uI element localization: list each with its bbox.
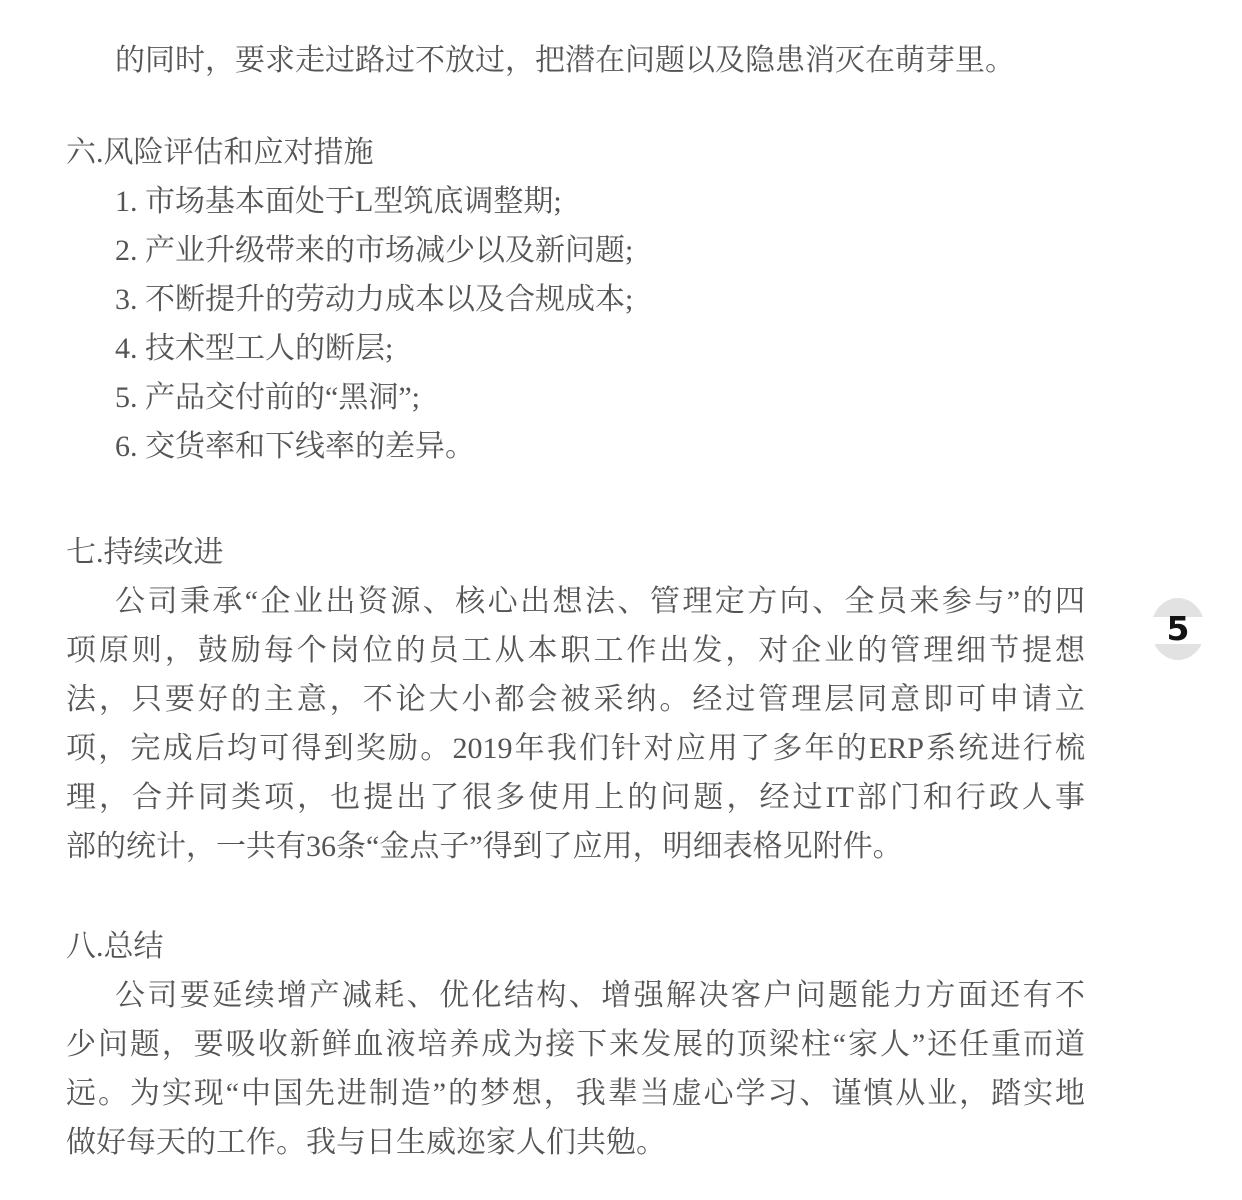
paragraph-line: 项原则，鼓励每个岗位的员工从本职工作出发，对企业的管理细节提想 [66, 626, 1085, 675]
section-heading-6: 六.风险评估和应对措施 [66, 128, 1085, 177]
list-item: 2. 产业升级带来的市场减少以及新问题; [66, 226, 1085, 275]
list-item: 6. 交货率和下线率的差异。 [66, 422, 1085, 471]
list-item: 4. 技术型工人的断层; [66, 324, 1085, 373]
document-page: 的同时，要求走过路过不放过，把潜在问题以及隐患消灭在萌芽里。 六.风险评估和应对… [0, 0, 1242, 1200]
section-7-paragraph: 公司秉承“企业出资源、核心出想法、管理定方向、全员来参与”的四 项原则，鼓励每个… [66, 577, 1085, 871]
list-item: 1. 市场基本面处于L型筑底调整期; [66, 177, 1085, 226]
paragraph-line: 项，完成后均可得到奖励。2019年我们针对应用了多年的ERP系统进行梳 [66, 724, 1085, 773]
page-number-badge: 5 [1151, 598, 1205, 660]
continuation-paragraph-line: 的同时，要求走过路过不放过，把潜在问题以及隐患消灭在萌芽里。 [66, 36, 1085, 85]
list-item: 3. 不断提升的劳动力成本以及合规成本; [66, 275, 1085, 324]
paragraph-line: 远。为实现“中国先进制造”的梦想，我辈当虚心学习、谨慎从业，踏实地 [66, 1069, 1085, 1118]
risk-list: 1. 市场基本面处于L型筑底调整期; 2. 产业升级带来的市场减少以及新问题; … [66, 177, 1085, 471]
paragraph-line: 法，只要好的主意，不论大小都会被采纳。经过管理层同意即可申请立 [66, 675, 1085, 724]
paragraph-line: 少问题，要吸收新鲜血液培养成为接下来发展的顶梁柱“家人”还任重而道 [66, 1020, 1085, 1069]
document-body: 的同时，要求走过路过不放过，把潜在问题以及隐患消灭在萌芽里。 六.风险评估和应对… [66, 36, 1085, 1167]
paragraph-line: 做好每天的工作。我与日生威迩家人们共勉。 [66, 1118, 1085, 1167]
section-heading-7: 七.持续改进 [66, 528, 1085, 577]
paragraph-line: 公司秉承“企业出资源、核心出想法、管理定方向、全员来参与”的四 [66, 577, 1085, 626]
paragraph-line: 公司要延续增产减耗、优化结构、增强解决客户问题能力方面还有不 [66, 971, 1085, 1020]
section-8-paragraph: 公司要延续增产减耗、优化结构、增强解决客户问题能力方面还有不 少问题，要吸收新鲜… [66, 971, 1085, 1167]
page-number: 5 [1151, 611, 1205, 647]
paragraph-line: 理，合并同类项，也提出了很多使用上的问题，经过IT部门和行政人事 [66, 773, 1085, 822]
paragraph-line: 部的统计，一共有36条“金点子”得到了应用，明细表格见附件。 [66, 822, 1085, 871]
list-item: 5. 产品交付前的“黑洞”; [66, 373, 1085, 422]
section-heading-8: 八.总结 [66, 922, 1085, 971]
